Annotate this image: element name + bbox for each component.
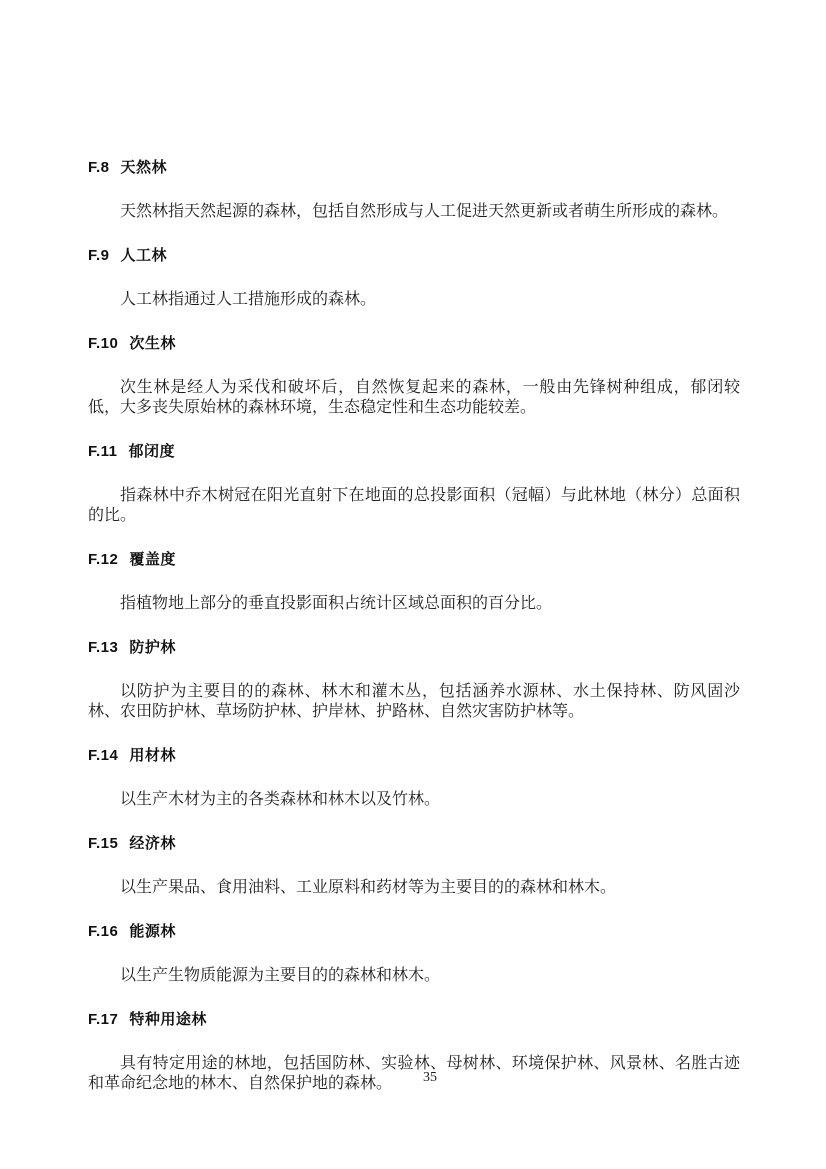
- section-title: 经济林: [129, 835, 176, 852]
- section-body: 以生产生物质能源为主要目的的森林和林木。: [88, 966, 740, 986]
- section-title: 人工林: [121, 247, 168, 264]
- section-heading: F.14用材林: [88, 746, 740, 766]
- section-body: 指森林中乔木树冠在阳光直射下在地面的总投影面积（冠幅）与此林地（林分）总面积的比…: [88, 486, 740, 526]
- section-body: 以生产木材为主的各类森林和林木以及竹林。: [88, 790, 740, 810]
- section-f13: F.13防护林 以防护为主要目的的森林、林木和灌木丛，包括涵养水源林、水土保持林…: [88, 638, 740, 722]
- section-f15: F.15经济林 以生产果品、食用油料、工业原料和药材等为主要目的的森林和林木。: [88, 834, 740, 898]
- section-number: F.8: [88, 159, 110, 176]
- section-heading: F.11郁闭度: [88, 442, 740, 462]
- section-number: F.17: [88, 1011, 118, 1028]
- section-title: 特种用途林: [129, 1011, 207, 1028]
- section-heading: F.12覆盖度: [88, 550, 740, 570]
- section-body: 以防护为主要目的的森林、林木和灌木丛，包括涵养水源林、水土保持林、防风固沙林、农…: [88, 682, 740, 722]
- section-number: F.12: [88, 551, 118, 568]
- section-title: 覆盖度: [129, 551, 176, 568]
- section-body: 次生林是经人为采伐和破坏后，自然恢复起来的森林，一般由先锋树种组成，郁闭较低，大…: [88, 378, 740, 418]
- section-heading: F.10次生林: [88, 334, 740, 354]
- section-heading: F.8天然林: [88, 158, 740, 178]
- section-heading: F.13防护林: [88, 638, 740, 658]
- section-title: 用材林: [129, 747, 176, 764]
- section-title: 防护林: [129, 639, 176, 656]
- section-number: F.9: [88, 247, 110, 264]
- section-f16: F.16能源林 以生产生物质能源为主要目的的森林和林木。: [88, 922, 740, 986]
- section-f14: F.14用材林 以生产木材为主的各类森林和林木以及竹林。: [88, 746, 740, 810]
- section-heading: F.16能源林: [88, 922, 740, 942]
- page-number: 35: [17, 1069, 826, 1087]
- section-body: 人工林指通过人工措施形成的森林。: [88, 290, 740, 310]
- section-title: 能源林: [129, 923, 176, 940]
- section-f11: F.11郁闭度 指森林中乔木树冠在阳光直射下在地面的总投影面积（冠幅）与此林地（…: [88, 442, 740, 526]
- section-number: F.15: [88, 835, 118, 852]
- section-number: F.10: [88, 335, 118, 352]
- section-number: F.11: [88, 443, 118, 460]
- document-page: F.8天然林 天然林指天然起源的森林，包括自然形成与人工促进天然更新或者萌生所形…: [0, 0, 826, 1169]
- section-heading: F.15经济林: [88, 834, 740, 854]
- section-body: 以生产果品、食用油料、工业原料和药材等为主要目的的森林和林木。: [88, 878, 740, 898]
- section-title: 次生林: [129, 335, 176, 352]
- section-f9: F.9人工林 人工林指通过人工措施形成的森林。: [88, 246, 740, 310]
- section-heading: F.17特种用途林: [88, 1010, 740, 1030]
- section-number: F.16: [88, 923, 118, 940]
- document-content: F.8天然林 天然林指天然起源的森林，包括自然形成与人工促进天然更新或者萌生所形…: [88, 158, 740, 1118]
- section-number: F.14: [88, 747, 118, 764]
- section-number: F.13: [88, 639, 118, 656]
- section-heading: F.9人工林: [88, 246, 740, 266]
- section-title: 郁闭度: [129, 443, 176, 460]
- section-f10: F.10次生林 次生林是经人为采伐和破坏后，自然恢复起来的森林，一般由先锋树种组…: [88, 334, 740, 418]
- section-body: 天然林指天然起源的森林，包括自然形成与人工促进天然更新或者萌生所形成的森林。: [88, 202, 740, 222]
- section-title: 天然林: [121, 159, 168, 176]
- section-f8: F.8天然林 天然林指天然起源的森林，包括自然形成与人工促进天然更新或者萌生所形…: [88, 158, 740, 222]
- section-f12: F.12覆盖度 指植物地上部分的垂直投影面积占统计区域总面积的百分比。: [88, 550, 740, 614]
- section-body: 指植物地上部分的垂直投影面积占统计区域总面积的百分比。: [88, 594, 740, 614]
